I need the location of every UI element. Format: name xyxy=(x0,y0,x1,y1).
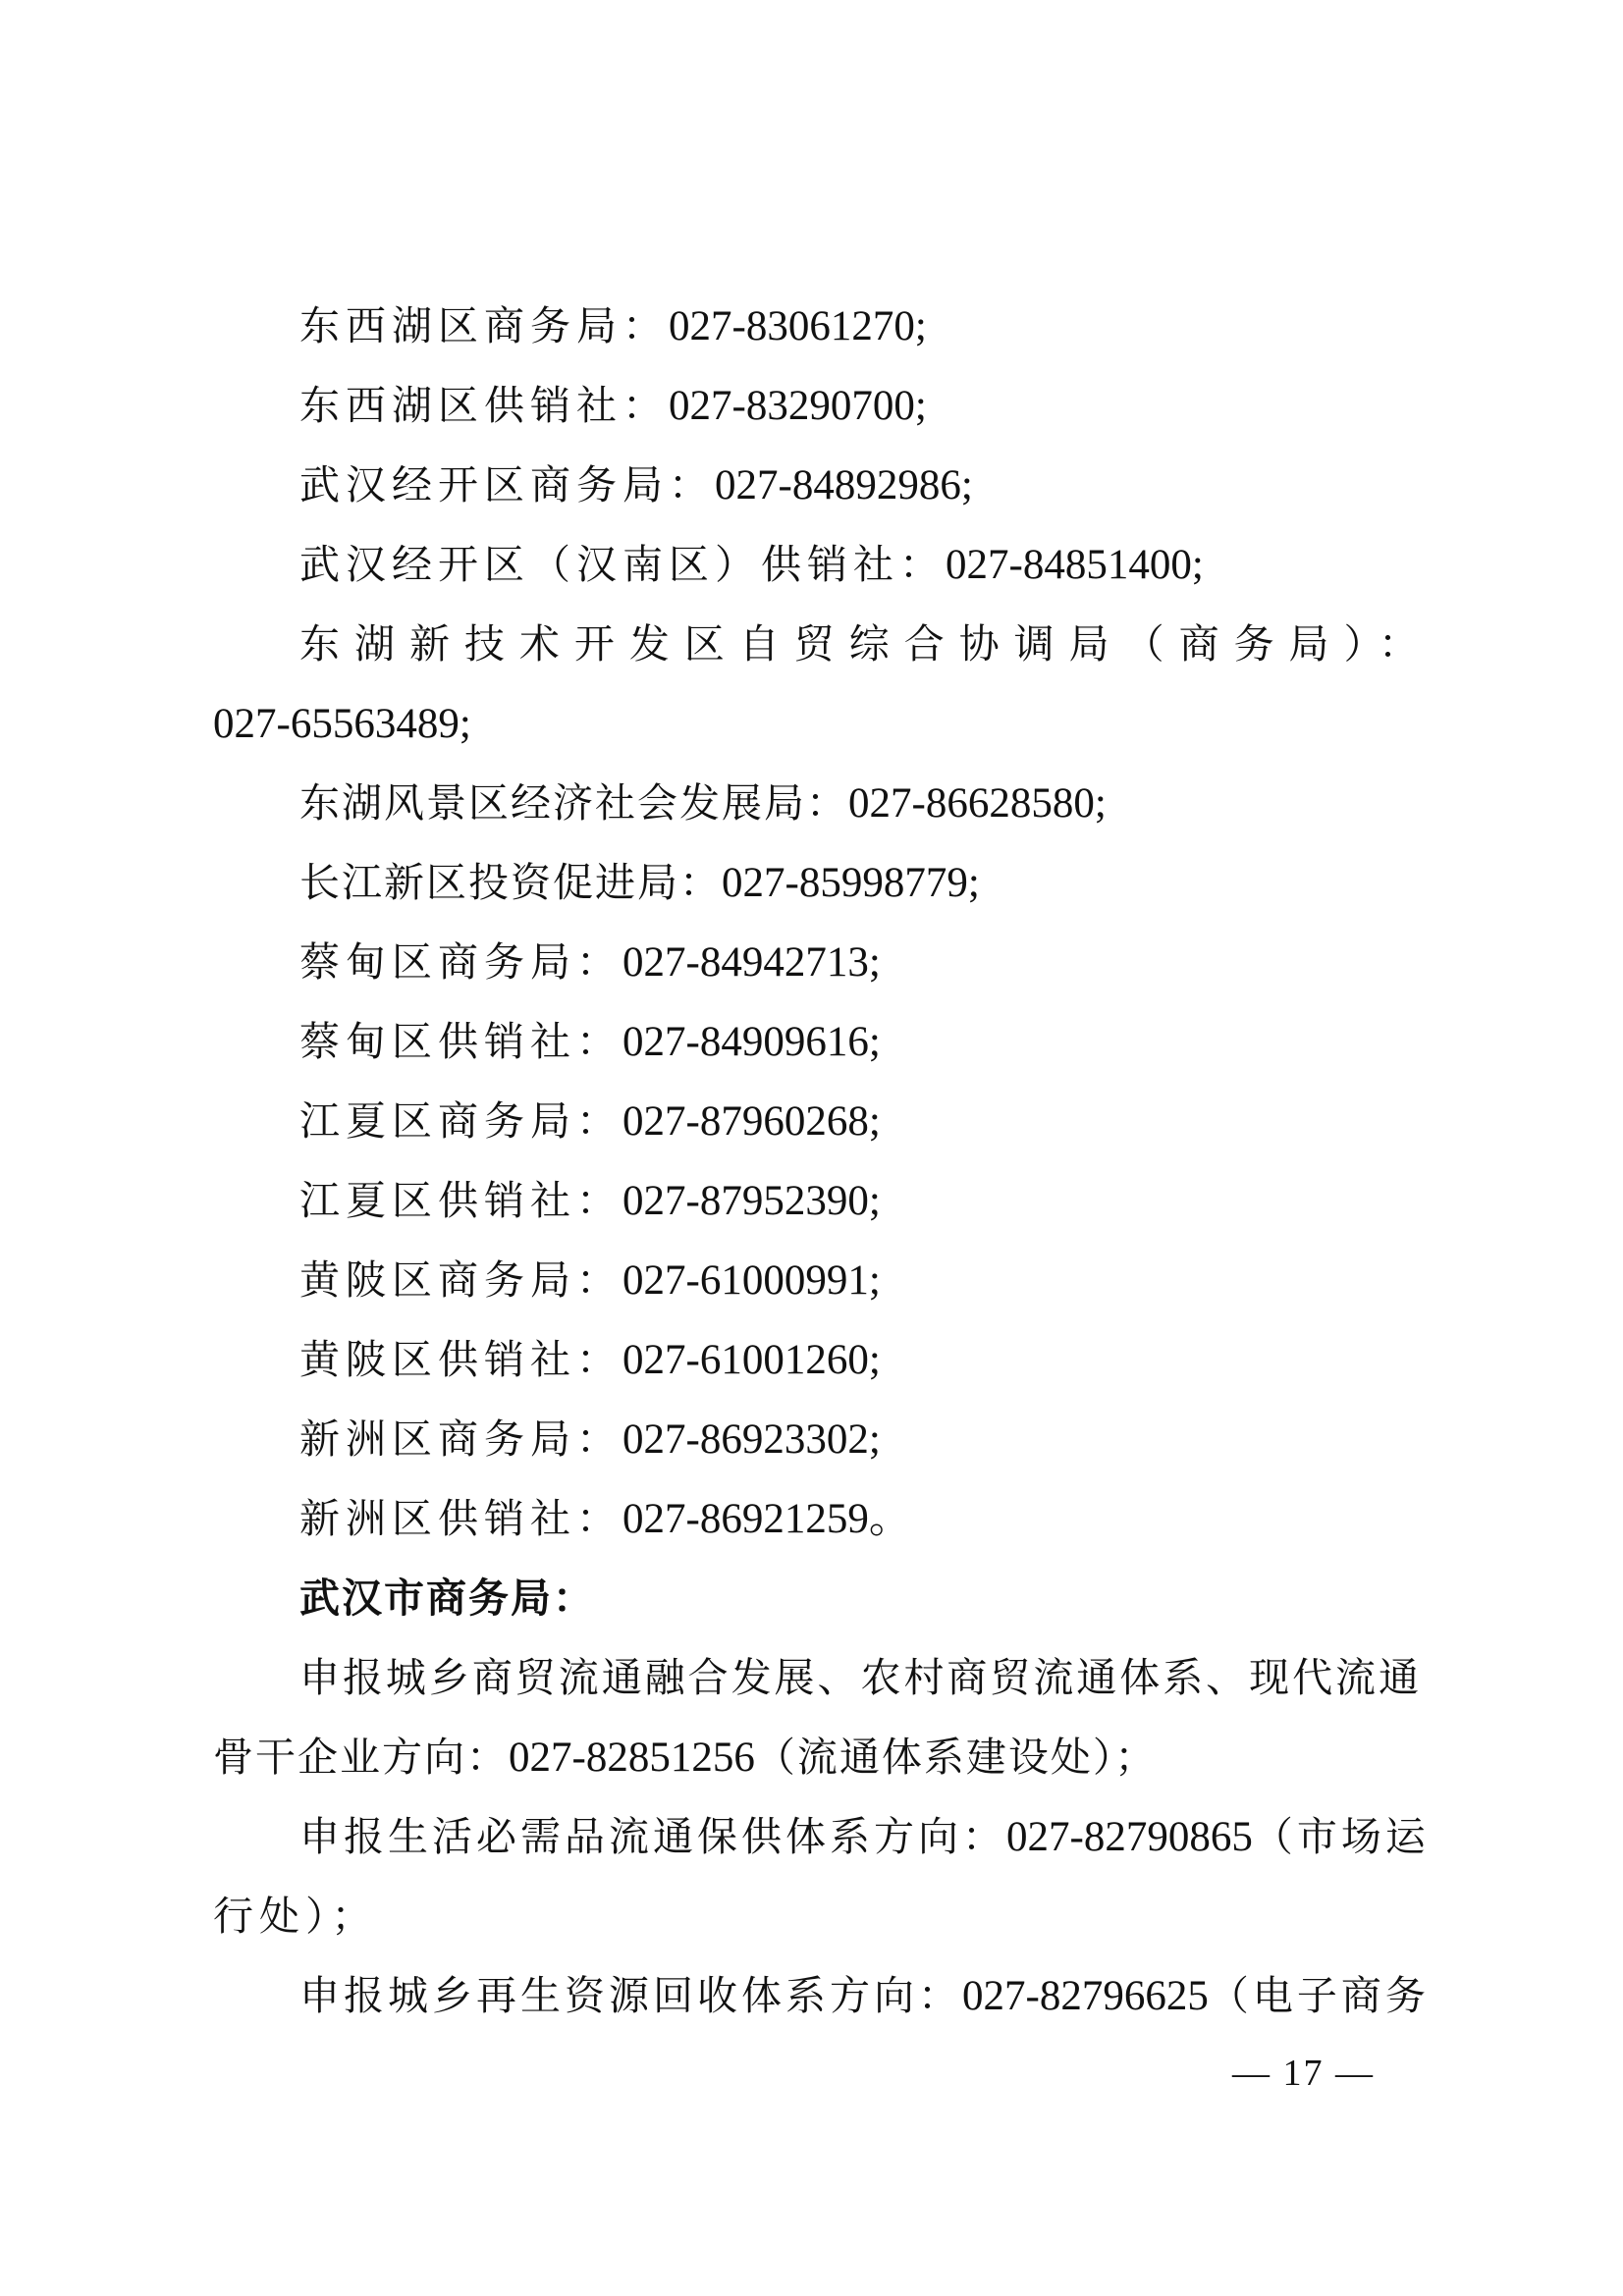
contact-label: 新洲区供销社： xyxy=(299,1496,622,1541)
contact-label: 东西湖区商务局： xyxy=(299,303,669,348)
contact-phone: 027-84942713; xyxy=(622,939,881,986)
direction-text: 申报生活必需品流通保供体系方向： xyxy=(299,1814,1006,1859)
contact-phone: 027-61000991; xyxy=(622,1257,881,1304)
contact-line-xinzhou-commerce: 新洲区商务局：027-86923302; xyxy=(299,1415,881,1465)
contact-line-xinzhou-supply: 新洲区供销社：027-86921259。 xyxy=(299,1494,911,1544)
contact-label: 蔡甸区商务局： xyxy=(299,939,622,985)
contact-line-wuhan-etdz-supply: 武汉经开区（汉南区）供销社：027-84851400; xyxy=(299,540,1204,590)
contact-phone: 027-83061270; xyxy=(669,303,927,349)
section-heading: 武汉市商务局： xyxy=(299,1574,595,1623)
contact-label: 东西湖区供销社： xyxy=(299,383,669,428)
contact-line-changjiang-new-area: 长江新区投资促进局：027-85998779; xyxy=(299,858,980,908)
contact-line-jiangxia-supply: 江夏区供销社：027-87952390; xyxy=(299,1176,881,1226)
contact-line-caidian-commerce: 蔡甸区商务局：027-84942713; xyxy=(299,937,881,988)
contact-phone: 027-61001260; xyxy=(622,1337,881,1383)
contact-label: 武汉经开区（汉南区）供销社： xyxy=(299,542,946,587)
direction-text: （电子商务 xyxy=(1209,1973,1430,2018)
contact-line-wuhan-etdz-commerce: 武汉经开区商务局：027-84892986; xyxy=(299,460,973,510)
contact-line-caidian-supply: 蔡甸区供销社：027-84909616; xyxy=(299,1017,881,1067)
contact-line-east-lake-hitech-phone: 027-65563489; xyxy=(213,699,471,749)
page-number: — 17 — xyxy=(1232,2052,1375,2095)
contact-phone: 027-87960268; xyxy=(622,1098,881,1145)
direction-2-line-1: 申报生活必需品流通保供体系方向：027-82790865（市场运 xyxy=(299,1812,1430,1862)
contact-phone: 027-84851400; xyxy=(946,542,1204,588)
direction-text: （市场运 xyxy=(1253,1814,1430,1859)
direction-text: 申报城乡再生资源回收体系方向： xyxy=(299,1973,962,2018)
direction-text: 行处）； xyxy=(213,1894,378,1939)
contact-line-east-lake-scenic: 东湖风景区经济社会发展局：027-86628580; xyxy=(299,778,1107,828)
direction-1-line-2: 骨干企业方向：027-82851256（流通体系建设处）； xyxy=(213,1733,1157,1783)
direction-phone: 027-82790865 xyxy=(1006,1814,1253,1860)
contact-label: 蔡甸区供销社： xyxy=(299,1019,622,1064)
direction-phone: 027-82796625 xyxy=(962,1973,1209,2019)
contact-label: 新洲区商务局： xyxy=(299,1416,622,1462)
contact-label: 东湖风景区经济社会发展局： xyxy=(299,780,848,826)
contact-label: 江夏区商务局： xyxy=(299,1098,622,1144)
contact-label: 东湖新技术开发区自贸综合协调局（商务局）： xyxy=(299,621,1419,667)
direction-text: 骨干企业方向： xyxy=(213,1735,509,1780)
contact-phone: 027-85998779; xyxy=(722,860,980,906)
contact-line-huangpi-supply: 黄陂区供销社：027-61001260; xyxy=(299,1335,881,1385)
direction-text: （流通体系建设处）； xyxy=(755,1735,1158,1780)
contact-label: 黄陂区商务局： xyxy=(299,1257,622,1303)
contact-label: 江夏区供销社： xyxy=(299,1178,622,1223)
contact-line-east-lake-hitech-label: 东湖新技术开发区自贸综合协调局（商务局）： xyxy=(299,619,1419,668)
contact-label: 黄陂区供销社： xyxy=(299,1337,622,1382)
contact-line-huangpi-commerce: 黄陂区商务局：027-61000991; xyxy=(299,1255,881,1306)
contact-line-jiangxia-commerce: 江夏区商务局：027-87960268; xyxy=(299,1096,881,1147)
direction-3-line-1: 申报城乡再生资源回收体系方向：027-82796625（电子商务 xyxy=(299,1971,1430,2021)
contact-phone: 027-83290700; xyxy=(669,383,927,429)
contact-line-dongxihu-supply: 东西湖区供销社：027-83290700; xyxy=(299,381,927,431)
contact-line-dongxihu-commerce: 东西湖区商务局：027-83061270; xyxy=(299,301,927,351)
direction-2-line-2: 行处）； xyxy=(213,1892,378,1941)
contact-label: 武汉经开区商务局： xyxy=(299,462,715,507)
contact-phone: 027-84909616; xyxy=(622,1019,881,1065)
direction-text: 申报城乡商贸流通融合发展、农村商贸流通体系、现代流通 xyxy=(299,1655,1419,1700)
direction-1-line-1: 申报城乡商贸流通融合发展、农村商贸流通体系、现代流通 xyxy=(299,1653,1419,1702)
contact-phone: 027-84892986; xyxy=(715,462,973,508)
contact-label: 长江新区投资促进局： xyxy=(299,860,722,905)
contact-phone: 027-86921259。 xyxy=(622,1496,911,1542)
contact-phone: 027-86628580; xyxy=(848,780,1107,827)
document-page: 东西湖区商务局：027-83061270; 东西湖区供销社：027-832907… xyxy=(0,0,1623,2296)
direction-phone: 027-82851256 xyxy=(509,1735,755,1781)
contact-phone: 027-87952390; xyxy=(622,1178,881,1224)
contact-phone: 027-86923302; xyxy=(622,1416,881,1463)
contact-phone: 027-65563489; xyxy=(213,701,471,747)
